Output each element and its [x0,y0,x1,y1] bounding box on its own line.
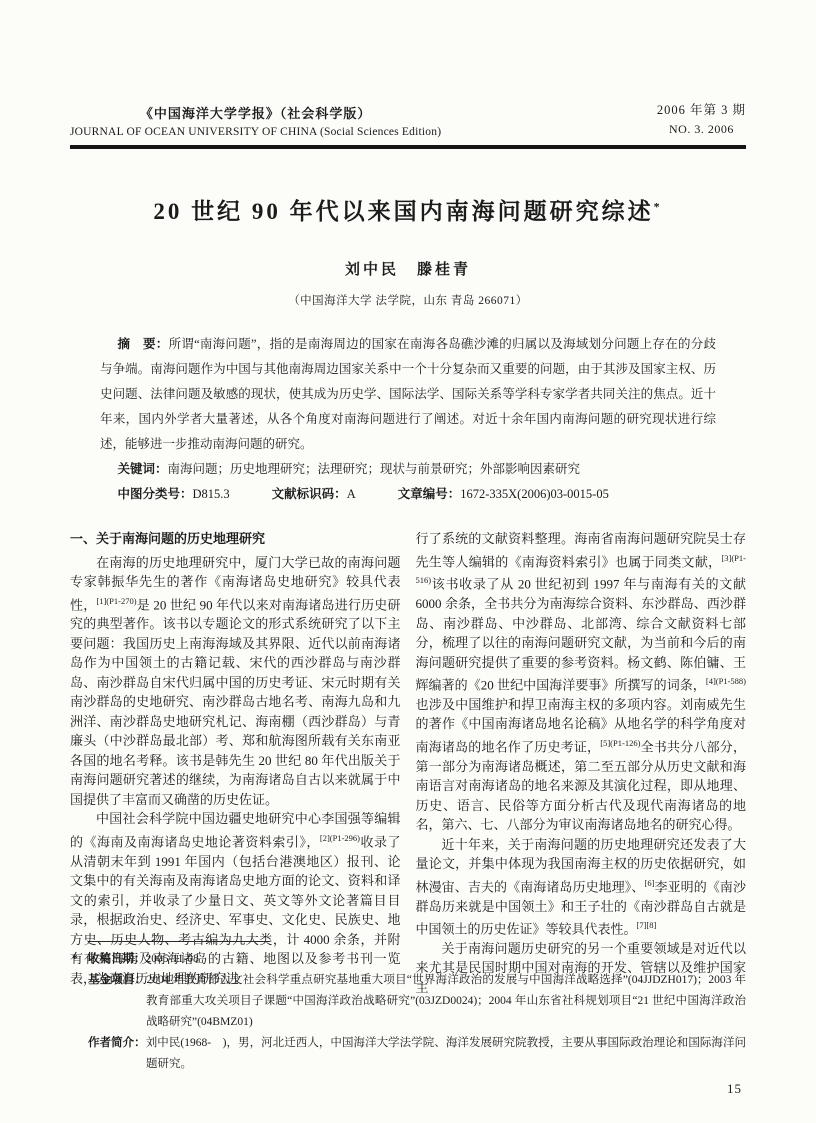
footnote-divider-rule [88,941,270,942]
abstract: 摘 要：所谓“南海问题”，指的是南海周边的国家在南海各岛礁沙滩的归属以及海域划分… [100,332,716,457]
text-run: 行了系统的文献资料整理。海南省南海问题研究院吴士存先生等人编辑的《南海资料索引》… [416,531,747,569]
article-id-label: 文章编号： [398,487,461,501]
fund-project-label: 基金项目： [88,974,147,986]
author-bio-value: 刘中民(1968- )，男，河北迁西人，中国海洋大学法学院、海洋发展研究院教授，… [146,1037,746,1070]
citation-superscript: [5](P1-126) [600,738,640,748]
journal-title-block: 《中国海洋大学学报》（社会科学版） JOURNAL OF OCEAN UNIVE… [70,103,441,138]
text-run: 是 20 世纪 90 年代以来对南海诸岛进行历史研究的典型著作。该书以专题论文的… [70,597,401,807]
journal-title-cn: 《中国海洋大学学报》（社会科学版） [70,103,441,122]
footnote-asterisk-mark: * [72,949,78,970]
author-names: 刘中民 滕桂青 [70,258,746,279]
article-id-value: 1672-335X(2006)03-0015-05 [460,487,609,501]
document-code: 文献标识码：A [272,487,356,501]
author-bio-line: 作者简介：刘中民(1968- )，男，河北迁西人，中国海洋大学法学院、海洋发展研… [88,1033,746,1075]
clc-value: D815.3 [193,487,230,501]
right-column: 行了系统的文献资料整理。海南省南海问题研究院吴士存先生等人编辑的《南海资料索引》… [416,529,747,997]
citation-superscript: [1](P1-270) [96,596,136,606]
abstract-text: 所谓“南海问题”，指的是南海周边的国家在南海各岛礁沙滩的归属以及海域划分问题上存… [100,337,716,451]
citation-superscript: [2](P1-296) [320,833,360,843]
meta-line: 中图分类号：D815.3文献标识码：A文章编号：1672-335X(2006)0… [100,482,716,507]
document-code-value: A [347,487,356,501]
issue-block: 2006 年第 3 期 NO. 3. 2006 [657,100,746,138]
clc-label: 中图分类号： [118,487,193,501]
footnote-body: * 收稿日期：2005-11-08 基金项目：2004 年教育部人文社会科学重点… [70,949,746,1075]
citation-superscript: [4](P1-588) [706,676,746,686]
received-date-value: 2005-11-08 [146,953,199,965]
abstract-paragraph: 摘 要：所谓“南海问题”，指的是南海周边的国家在南海各岛礁沙滩的归属以及海域划分… [100,332,716,457]
title-footnote-mark: * [654,199,663,213]
section-heading: 一、关于南海问题的历史地理研究 [70,529,401,549]
journal-page: 《中国海洋大学学报》（社会科学版） JOURNAL OF OCEAN UNIVE… [0,0,816,1123]
footnote-block: * 收稿日期：2005-11-08 基金项目：2004 年教育部人文社会科学重点… [70,941,746,1075]
body-paragraph: 行了系统的文献资料整理。海南省南海问题研究院吴士存先生等人编辑的《南海资料索引》… [416,529,747,835]
journal-header: 《中国海洋大学学报》（社会科学版） JOURNAL OF OCEAN UNIVE… [70,100,746,138]
article-id: 文章编号：1672-335X(2006)03-0015-05 [398,487,609,501]
keywords-line: 关键词：南海问题；历史地理研究；法理研究；现状与前景研究；外部影响因素研究 [100,457,716,482]
fund-project-value: 2004 年教育部人文社会科学重点研究基地重大项目“世界海洋政治的发展与中国海洋… [146,974,746,1028]
author-affiliation: （中国海洋大学 法学院，山东 青岛 266071） [70,292,746,308]
header-divider-rule [70,145,746,149]
author-bio-label: 作者简介： [88,1037,146,1049]
document-code-label: 文献标识码： [272,487,347,501]
journal-title-en: JOURNAL OF OCEAN UNIVERSITY OF CHINA (So… [70,126,441,138]
text-run: 中国社会科学院中国边疆史地研究中心李国强等编辑的《海南及南海诸岛史地论著资料索引… [70,811,401,849]
clc-number: 中图分类号：D815.3 [118,487,230,501]
abstract-label: 摘 要： [118,337,169,351]
issue-number-en: NO. 3. 2006 [657,122,746,137]
body-columns: 一、关于南海问题的历史地理研究 在南海的历史地理研究中，厦门大学已故的南海问题专… [70,529,746,997]
citation-superscript: [6] [644,878,654,888]
fund-project-line: 基金项目：2004 年教育部人文社会科学重点研究基地重大项目“世界海洋政治的发展… [88,970,746,1033]
keywords-label: 关键词： [118,462,168,476]
issue-number-cn: 2006 年第 3 期 [657,100,746,118]
received-date-label: 收稿日期： [88,953,146,965]
article-title: 20 世纪 90 年代以来国内南海问题研究综述* [70,193,746,226]
citation-superscript: [7][8] [637,920,657,930]
body-paragraph: 在南海的历史地理研究中，厦门大学已故的南海问题专家韩振华先生的著作《南海诸岛史地… [70,553,401,810]
left-column: 一、关于南海问题的历史地理研究 在南海的历史地理研究中，厦门大学已故的南海问题专… [70,529,401,997]
text-run: 该书收录了从 20 世纪初到 1997 年与南海有关的文献 6000 余条，全书… [416,577,747,693]
page-number: 15 [727,1081,742,1097]
article-title-text: 20 世纪 90 年代以来国内南海问题研究综述 [153,199,653,224]
received-date-line: 收稿日期：2005-11-08 [88,949,746,970]
body-paragraph: 近十年来，关于南海问题的历史地理研究还发表了大量论文，并集中体现为我国南海主权的… [416,835,747,939]
keywords-text: 南海问题；历史地理研究；法理研究；现状与前景研究；外部影响因素研究 [168,462,581,476]
